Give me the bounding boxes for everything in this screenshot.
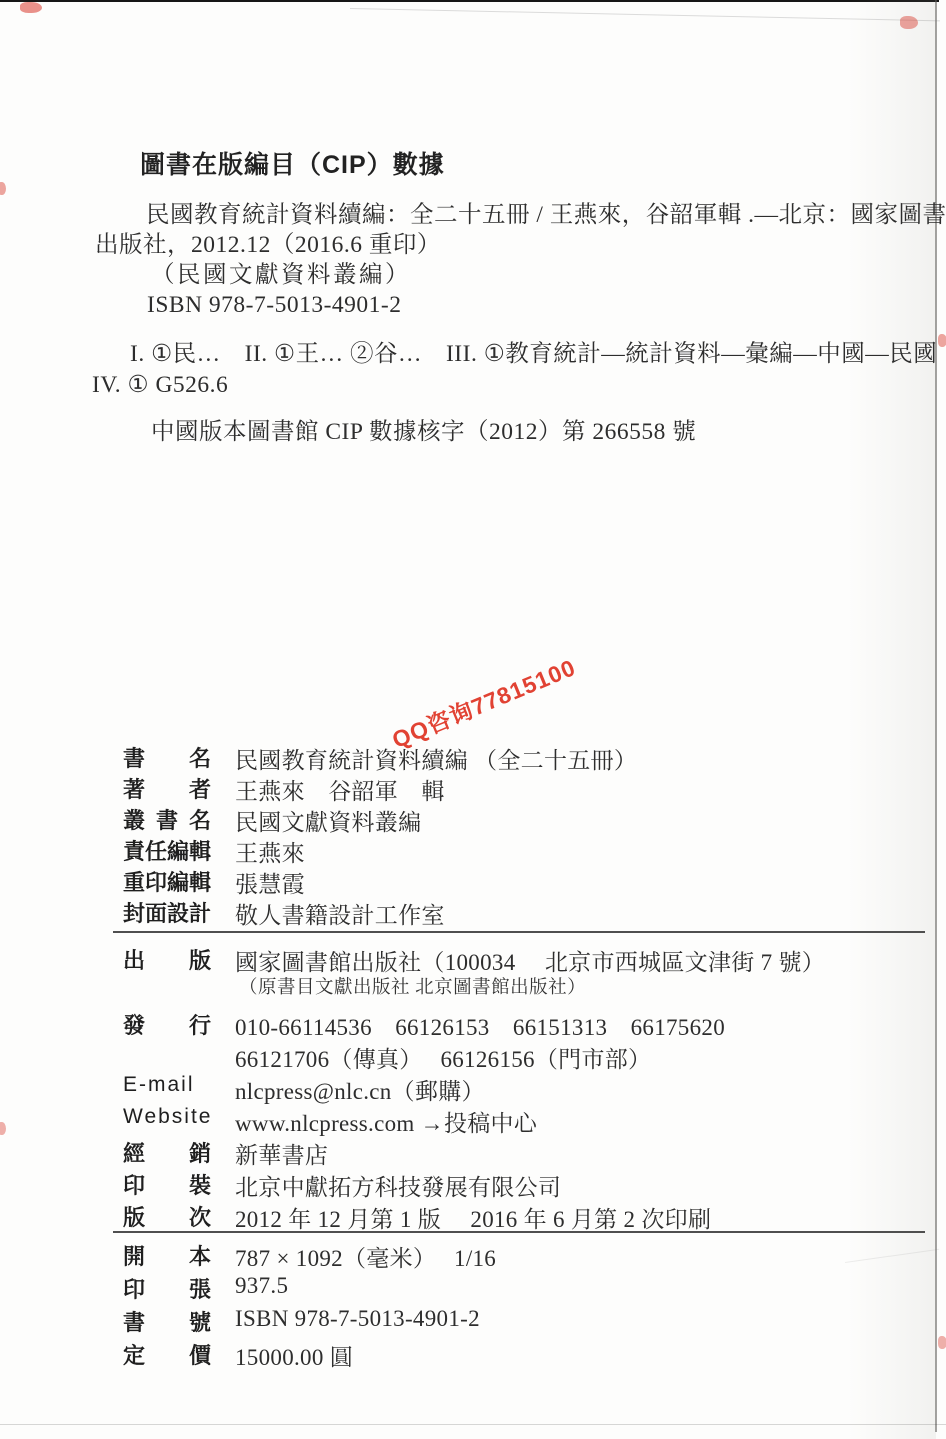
row-publisher: 出 版 國家圖書館出版社（100034 北京市西城區文津街 7 號）	[123, 944, 825, 977]
row-value: 010-66114536 66126153 66151313 66175620	[235, 1009, 725, 1042]
red-registration-mark	[0, 1122, 6, 1135]
cip-heading: 圖書在版編目（CIP）數據	[140, 150, 445, 181]
cip-classification-line-1: I. ①民… II. ①王… ②谷… III. ①教育統計—統計資料—彙編—中國…	[130, 340, 937, 369]
row-website: Website www.nlcpress.com →投稿中心	[123, 1105, 537, 1138]
row-value: 787 × 1092（毫米） 1/16	[235, 1240, 496, 1273]
row-series-name: 叢 書 名 民國文獻資料叢編	[123, 804, 421, 837]
row-label: 出 版	[123, 944, 213, 975]
cip-entry-line-2: 出版社，2012.12（2016.6 重印）	[95, 231, 441, 260]
row-value: 民國教育統計資料續編 （全二十五冊）	[235, 742, 637, 775]
row-reprint-editor: 重印編輯 張慧霞	[123, 866, 305, 899]
cip-record-number-line: 中國版本圖書館 CIP 數據核字（2012）第 266558 號	[151, 418, 696, 447]
row-label: 叢 書 名	[123, 804, 213, 835]
row-label: 發 行	[123, 1009, 213, 1040]
divider-rule	[113, 931, 925, 933]
row-authors: 著 者 王燕來 谷韶軍 輯	[123, 773, 445, 806]
row-label: 印 張	[123, 1273, 213, 1304]
row-value: 937.5	[235, 1273, 288, 1299]
row-label: 責任編輯	[123, 835, 213, 866]
row-label: 重印編輯	[123, 866, 213, 897]
row-book-title: 書 名 民國教育統計資料續編 （全二十五冊）	[123, 742, 637, 775]
red-registration-mark	[0, 182, 6, 195]
cip-classification-line-2: IV. ① G526.6	[92, 371, 228, 400]
row-label: 著 者	[123, 773, 213, 804]
row-email: E-mail nlcpress@nlc.cn（郵購）	[123, 1073, 485, 1106]
row-label: 書 名	[123, 742, 213, 773]
row-printing-binding: 印 裝 北京中獻拓方科技發展有限公司	[123, 1169, 561, 1202]
row-value: 新華書店	[235, 1137, 328, 1170]
row-label: E-mail	[123, 1073, 213, 1097]
row-label: 定 價	[123, 1339, 213, 1370]
cip-entry-line-1: 民國教育統計資料續編：全二十五冊 / 王燕來，谷韶軍輯 .—北京：國家圖書館	[146, 201, 946, 230]
scanned-colophon-page: 圖書在版編目（CIP）數據 民國教育統計資料續編：全二十五冊 / 王燕來，谷韶軍…	[0, 0, 946, 1439]
row-price: 定 價 15000.00 圓	[123, 1339, 353, 1372]
cip-isbn-line: ISBN 978-7-5013-4901-2	[147, 291, 401, 320]
row-edition: 版 次 2012 年 12 月第 1 版 2016 年 6 月第 2 次印刷	[123, 1201, 711, 1234]
row-label: Website	[123, 1105, 213, 1129]
cip-series-note: （民國文獻資料叢編）	[151, 261, 411, 290]
red-registration-mark	[20, 2, 42, 13]
row-value: 國家圖書館出版社（100034 北京市西城區文津街 7 號）	[235, 944, 825, 977]
divider-rule	[113, 1231, 925, 1233]
row-label: 經 銷	[123, 1137, 213, 1168]
row-label: 版 次	[123, 1201, 213, 1232]
row-value: 北京中獻拓方科技發展有限公司	[235, 1169, 561, 1202]
watermark-stamp: QQ咨询77815100	[386, 649, 580, 755]
row-label: 封面設計	[123, 897, 213, 928]
row-printed-sheets: 印 張 937.5	[123, 1273, 288, 1304]
row-cover-design: 封面設計 敬人書籍設計工作室	[123, 897, 445, 930]
row-book-number: 書 號 ISBN 978-7-5013-4901-2	[123, 1306, 480, 1337]
row-value: 民國文獻資料叢編	[235, 804, 421, 837]
row-value: nlcpress@nlc.cn（郵購）	[235, 1073, 485, 1106]
row-retail: 經 銷 新華書店	[123, 1137, 328, 1170]
row-value: 敬人書籍設計工作室	[235, 897, 445, 930]
row-distribution: 發 行 010-66114536 66126153 66151313 66175…	[123, 1009, 725, 1042]
row-format: 開 本 787 × 1092（毫米） 1/16	[123, 1240, 496, 1273]
red-registration-mark	[938, 334, 946, 347]
row-responsible-editor: 責任編輯 王燕來	[123, 835, 305, 868]
red-registration-mark	[938, 1336, 946, 1349]
row-value: www.nlcpress.com →投稿中心	[235, 1105, 537, 1138]
publisher-former-names-note: （原書目文獻出版社 北京圖書館出版社）	[239, 977, 586, 1000]
row-label: 印 裝	[123, 1169, 213, 1200]
row-value: 王燕來 谷韶軍 輯	[235, 773, 445, 806]
row-value: 66121706（傳真） 66126156（門市部）	[235, 1041, 651, 1074]
row-label: 開 本	[123, 1240, 213, 1271]
row-value: 張慧霞	[235, 866, 305, 899]
scan-top-edge-line	[0, 0, 939, 2]
row-value: ISBN 978-7-5013-4901-2	[235, 1306, 480, 1332]
row-value: 15000.00 圓	[235, 1339, 353, 1372]
row-value: 王燕來	[235, 835, 305, 868]
red-registration-mark	[900, 16, 918, 29]
scan-bottom-edge-line	[0, 1424, 946, 1425]
row-value: 2012 年 12 月第 1 版 2016 年 6 月第 2 次印刷	[235, 1201, 711, 1234]
row-distribution-line2: 66121706（傳真） 66126156（門市部）	[123, 1041, 651, 1074]
row-label: 書 號	[123, 1306, 213, 1337]
